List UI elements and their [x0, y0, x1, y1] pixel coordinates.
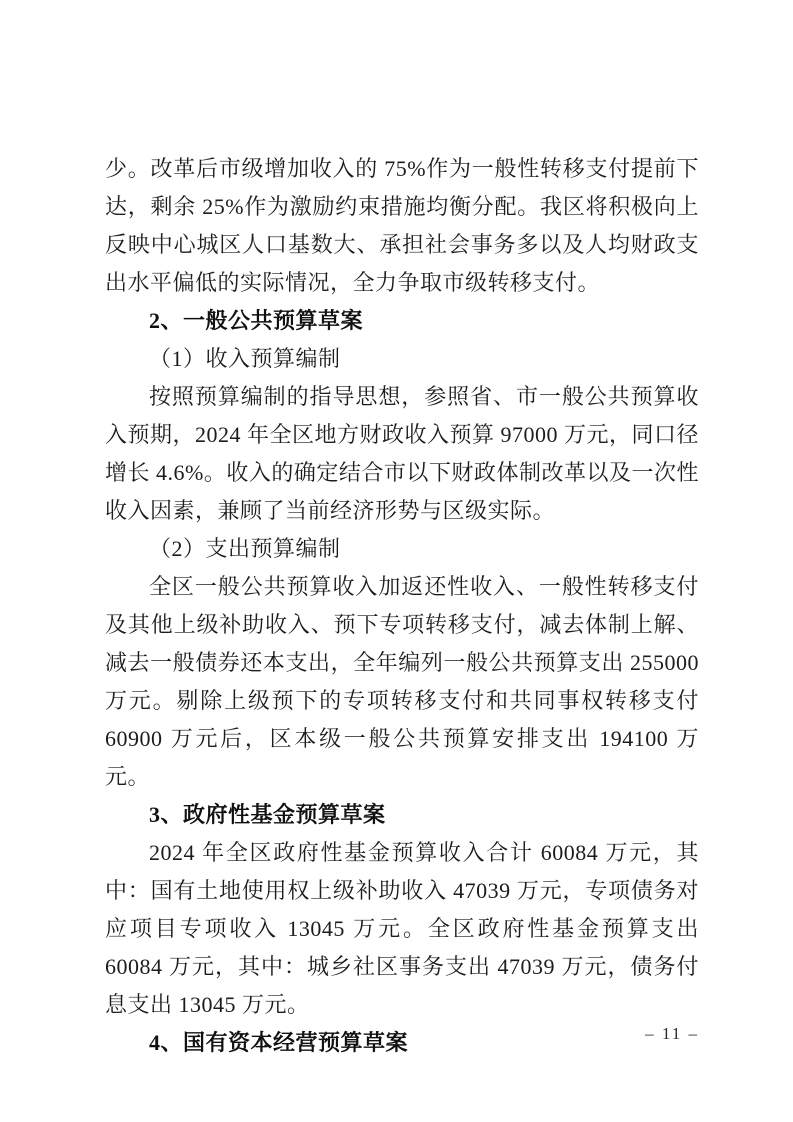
paragraph-government-funds-budget: 2024 年全区政府性基金预算收入合计 60084 万元，其中：国有土地使用权上… [105, 834, 699, 1024]
heading-section-2-general-public-budget: 2、一般公共预算草案 [105, 302, 699, 340]
paragraph-revenue-budget: 按照预算编制的指导思想，参照省、市一般公共预算收入预期，2024 年全区地方财政… [105, 378, 699, 530]
paragraph-expenditure-budget: 全区一般公共预算收入加返还性收入、一般性转移支付及其他上级补助收入、预下专项转移… [105, 568, 699, 796]
document-page: 少。改革后市级增加收入的 75%作为一般性转移支付提前下达，剩余 25%作为激励… [0, 0, 793, 1122]
paragraph-transfer-payment-continuation: 少。改革后市级增加收入的 75%作为一般性转移支付提前下达，剩余 25%作为激励… [105, 150, 699, 302]
document-body: 少。改革后市级增加收入的 75%作为一般性转移支付提前下达，剩余 25%作为激励… [105, 150, 699, 1062]
page-number: – 11 – [105, 1022, 699, 1046]
subheading-expenditure-budget-compilation: （2）支出预算编制 [105, 530, 699, 568]
heading-section-3-government-funds-budget: 3、政府性基金预算草案 [105, 796, 699, 834]
subheading-revenue-budget-compilation: （1）收入预算编制 [105, 340, 699, 378]
